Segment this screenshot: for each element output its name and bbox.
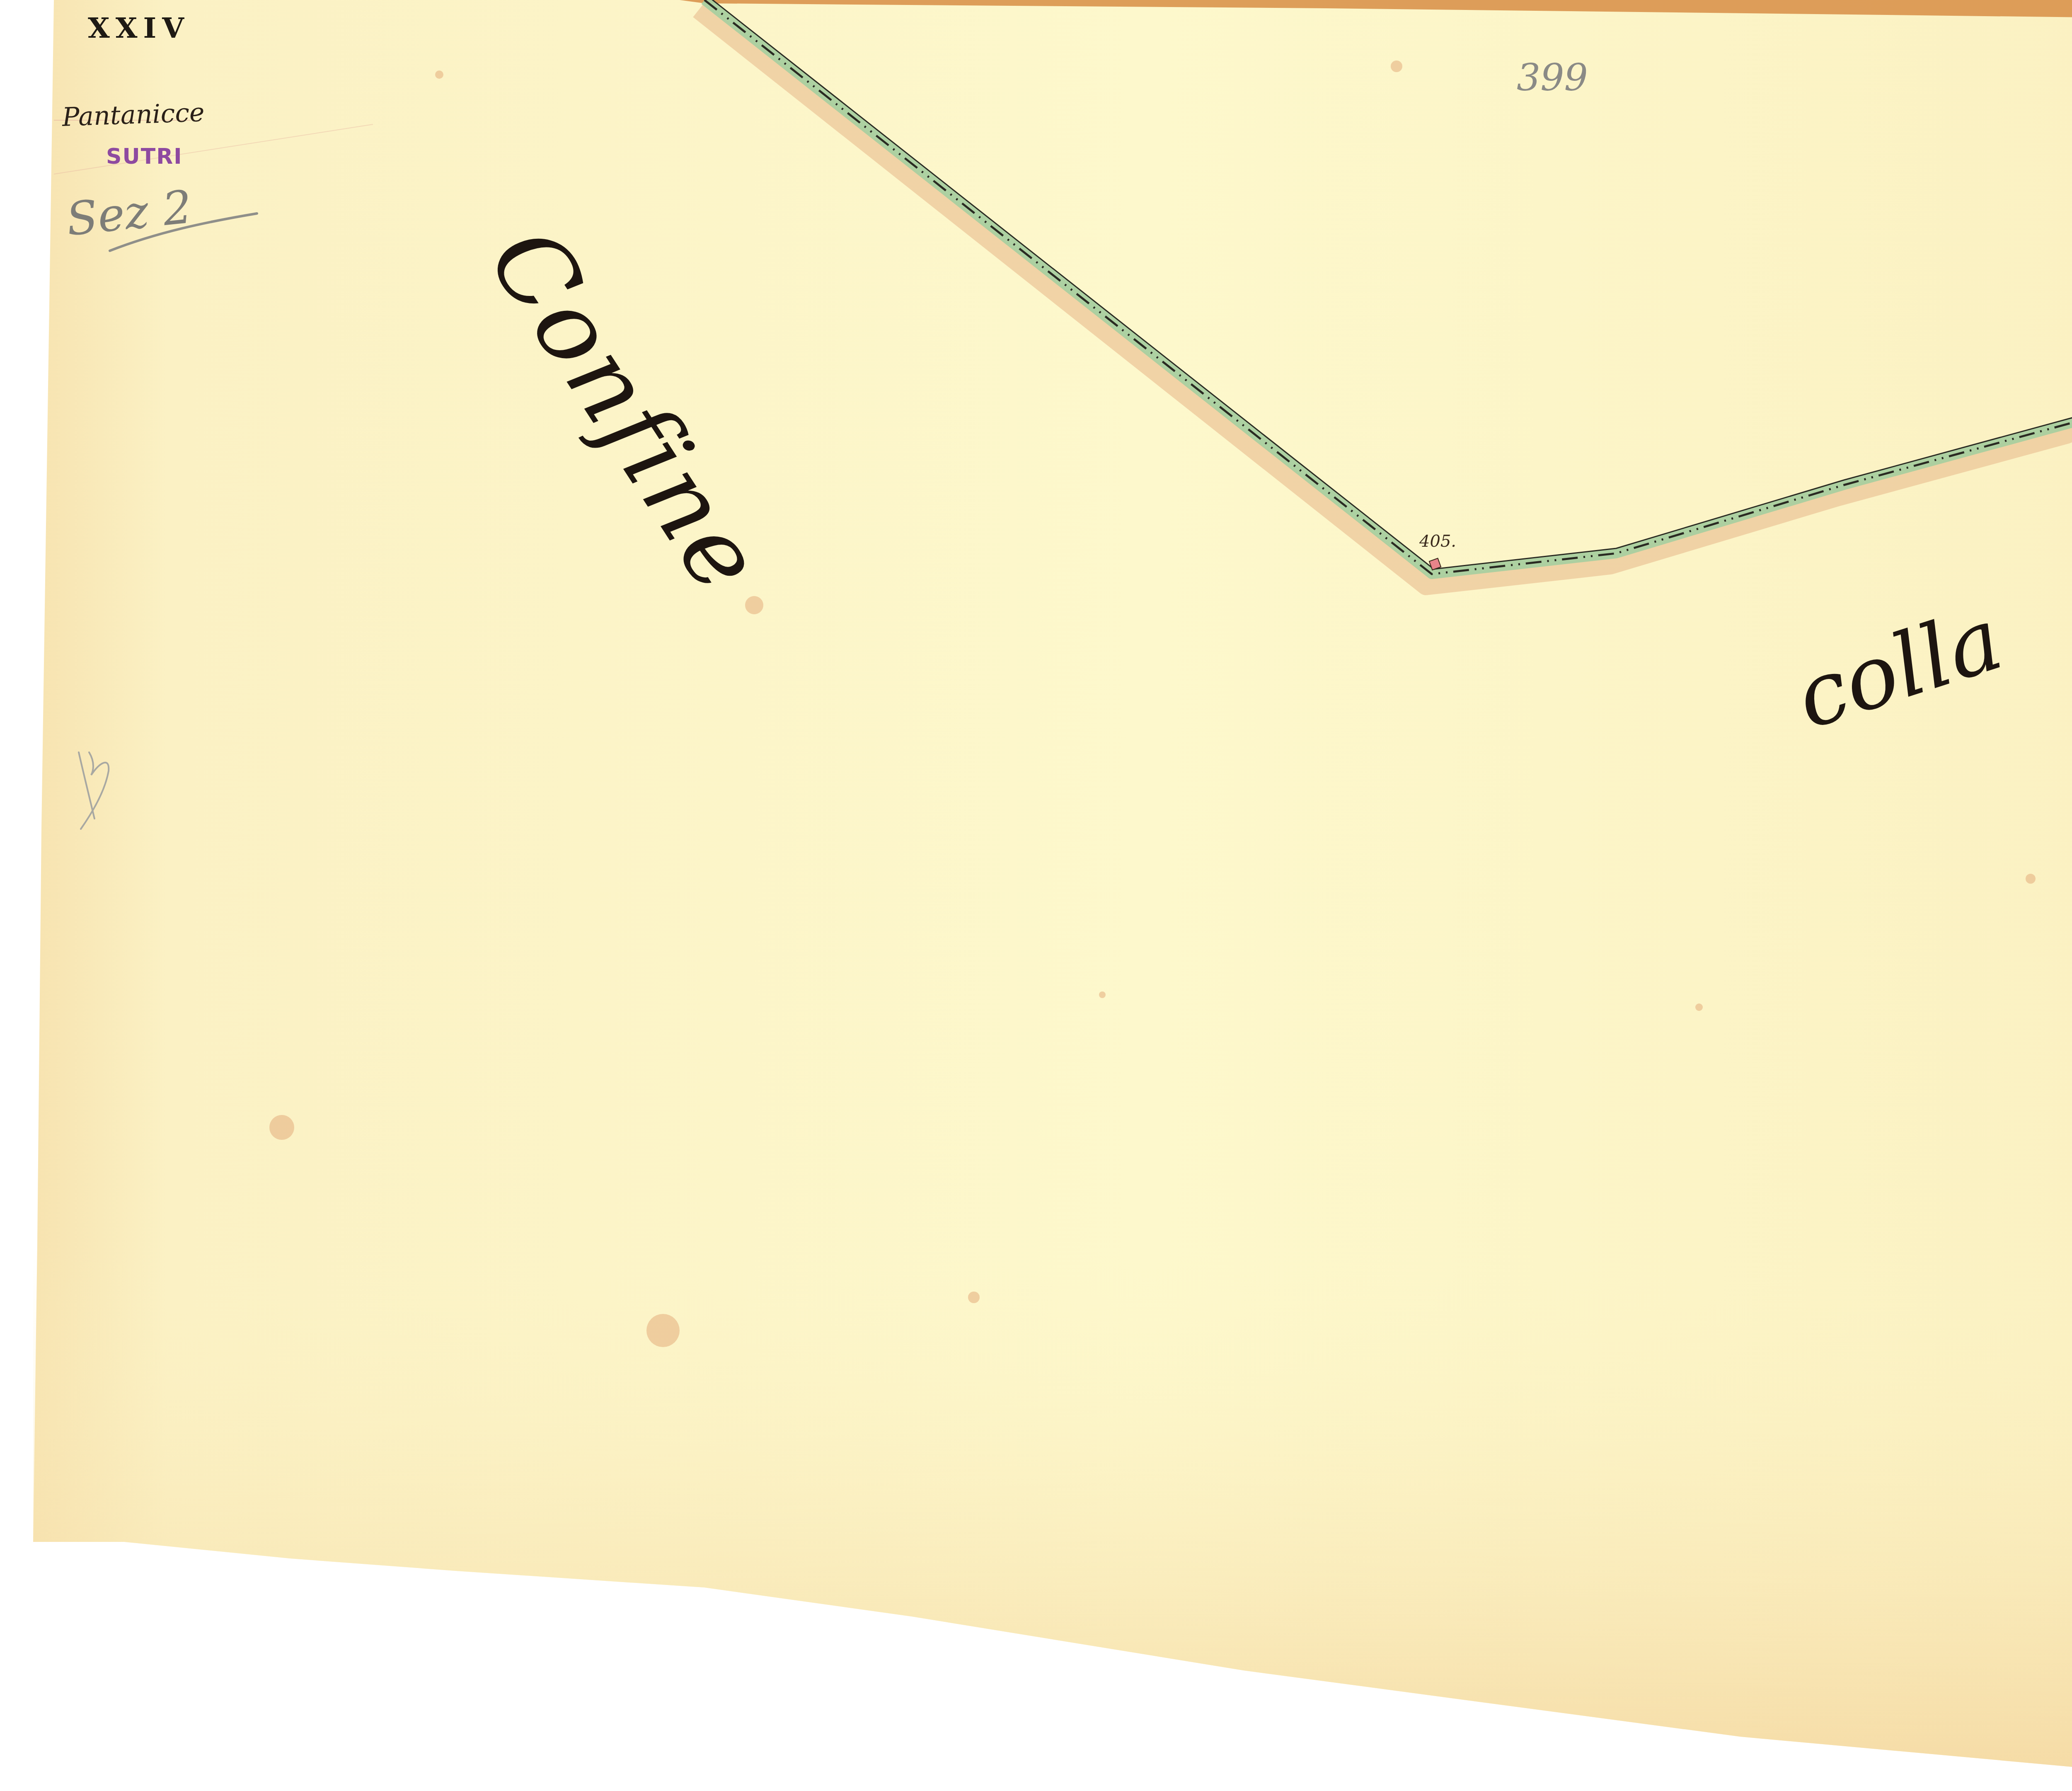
locality-name: Pantanicce [62, 97, 205, 132]
map-canvas [0, 0, 2072, 1791]
parcel-number: 405. [1419, 532, 1456, 551]
stamp-sutri: SUTRI [106, 144, 183, 169]
map-sheet: XXIV Pantanicce SUTRI Sez 2 399 Confine … [0, 0, 2072, 1791]
pencil-number: 399 [1517, 56, 1588, 99]
sheet-number: XXIV [88, 12, 190, 45]
paper-bottom-shade [33, 1243, 2072, 1791]
